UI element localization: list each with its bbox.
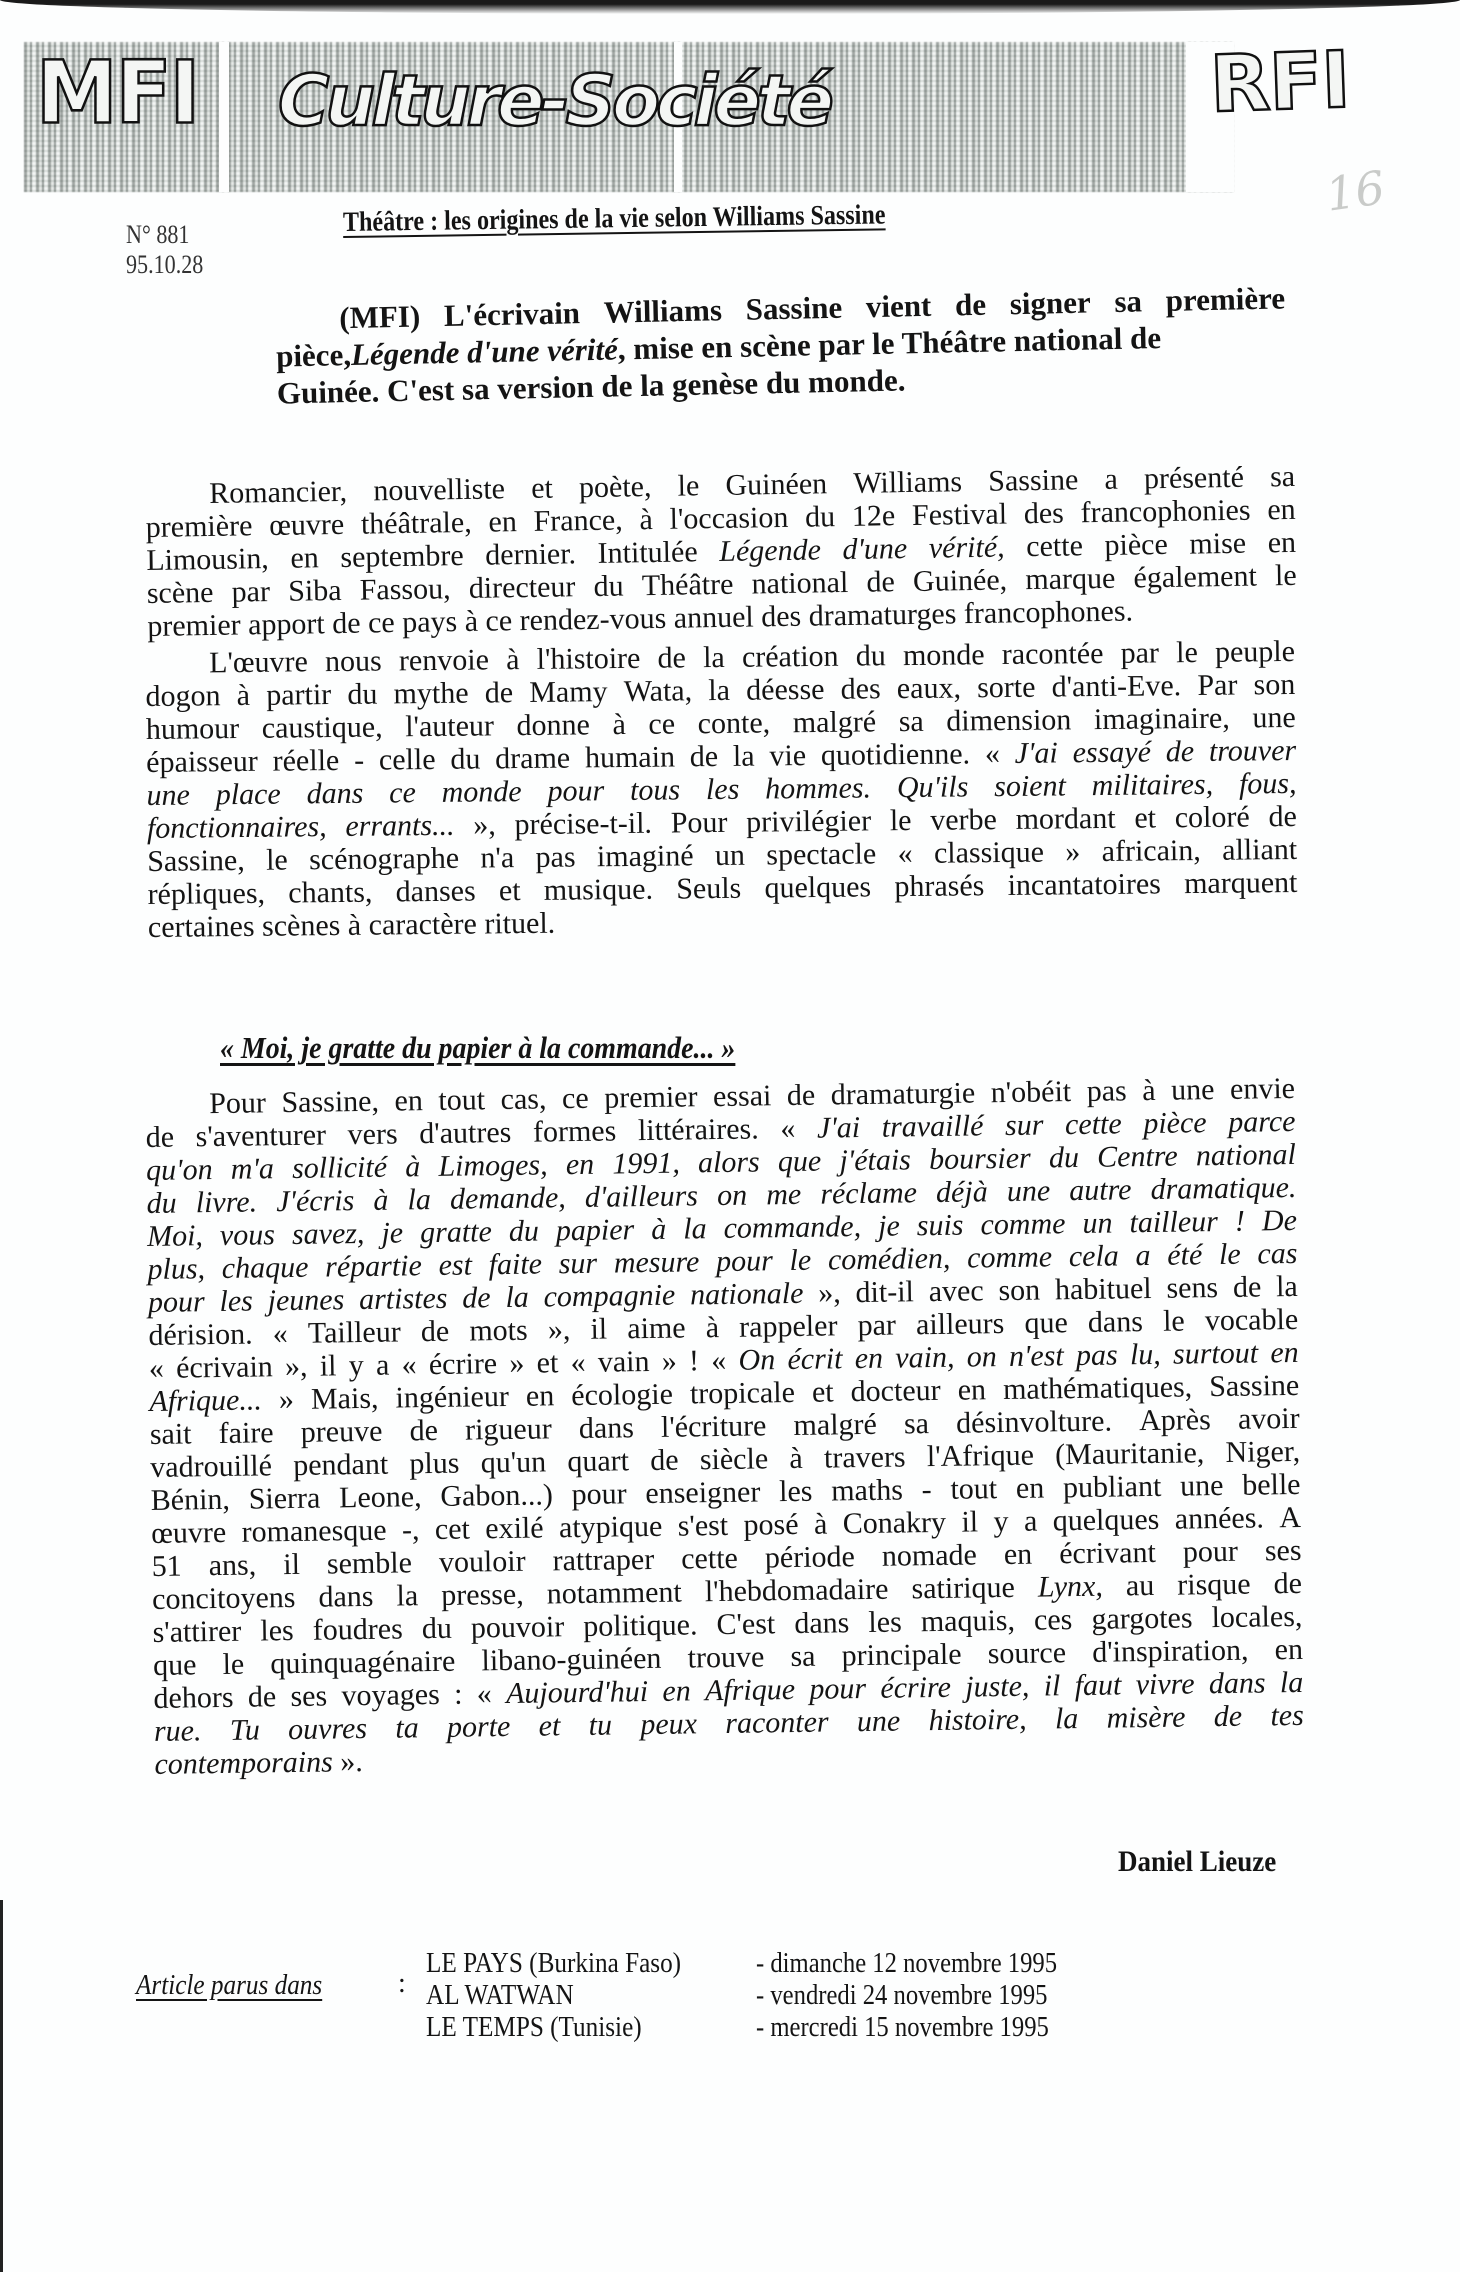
word: son — [998, 1274, 1040, 1308]
word: qu'on — [146, 1153, 213, 1187]
word: raconter — [725, 1706, 829, 1740]
word: les — [868, 1605, 902, 1638]
word: à — [814, 1508, 828, 1541]
word: en — [1004, 1538, 1033, 1571]
word: locales, — [1211, 1600, 1302, 1634]
masthead-gap — [219, 42, 229, 192]
word: Théâtre — [642, 568, 734, 602]
word: national — [1196, 1138, 1296, 1172]
word: à — [464, 605, 485, 638]
word: ouvres — [288, 1712, 367, 1746]
word: francophonies — [1080, 494, 1250, 530]
word: le — [789, 1244, 811, 1277]
word: en — [957, 1373, 986, 1406]
word: n'obéit — [991, 1075, 1072, 1109]
word: a — [1104, 463, 1118, 496]
word: artistes — [359, 1282, 448, 1316]
word: caractère — [368, 907, 484, 941]
word: les — [779, 1475, 813, 1508]
word: boursier — [929, 1142, 1031, 1176]
word: du — [347, 678, 377, 711]
dispatch-reference: N° 881 95.10.28 — [126, 220, 203, 280]
word: mythe — [393, 677, 468, 711]
word: ailleurs — [916, 1307, 1005, 1341]
word: 1991, — [612, 1147, 680, 1181]
word: et — [812, 1375, 834, 1408]
word: comédien, — [828, 1242, 951, 1277]
word: années. — [1175, 1501, 1265, 1535]
word: des — [1024, 497, 1065, 531]
word: écrire — [880, 1671, 951, 1705]
word: pour — [547, 774, 604, 808]
word: gargotes — [1091, 1601, 1193, 1635]
word: autre — [1069, 1173, 1132, 1207]
word: tropicale — [690, 1376, 795, 1410]
word: y — [993, 1505, 1008, 1538]
word: Sassine, — [281, 1085, 379, 1119]
word: de — [1214, 1700, 1243, 1733]
word: Tu — [230, 1713, 260, 1746]
word: du — [856, 639, 886, 672]
word: A — [1279, 1501, 1301, 1534]
word: réclame — [820, 1176, 917, 1210]
word: Williams — [853, 465, 962, 500]
word: ce — [389, 776, 416, 809]
word: mots — [469, 1314, 528, 1348]
word: malgré — [793, 1408, 877, 1442]
word: je — [381, 1216, 403, 1249]
word: 51 — [151, 1550, 181, 1583]
word: J'écris — [276, 1184, 355, 1218]
word: par — [857, 1309, 896, 1343]
word: s'est — [678, 1509, 729, 1543]
word: tous — [630, 773, 680, 807]
word: - — [354, 744, 364, 777]
word: scène — [147, 576, 214, 610]
word: Guinée, — [913, 563, 1008, 597]
publication-row: LE TEMPS (Tunisie)- mercredi 15 novembre… — [426, 2012, 1089, 2044]
word: à — [348, 909, 369, 942]
word: comme — [967, 1240, 1052, 1274]
word: et — [499, 874, 521, 907]
word: Pour — [671, 806, 728, 840]
word: ! — [689, 1344, 699, 1377]
word: l'écriture — [661, 1409, 767, 1443]
word: essayé — [1072, 735, 1151, 769]
word: et — [536, 1346, 558, 1379]
word: cette — [681, 1542, 738, 1576]
word: papier — [556, 1213, 635, 1247]
word: à — [651, 1213, 666, 1246]
word: à — [705, 1311, 719, 1344]
word: une — [1171, 1073, 1215, 1107]
word: s'aventurer — [195, 1118, 326, 1153]
word: dehors — [153, 1681, 233, 1715]
word: la — [1280, 1666, 1304, 1699]
word: de — [657, 641, 686, 674]
paragraph-2: L'œuvrenousrenvoieàl'histoiredelacréatio… — [145, 635, 1298, 944]
word: chaque — [222, 1251, 309, 1285]
word: quelques — [1052, 1503, 1159, 1537]
word: écologie — [571, 1378, 673, 1412]
word: la — [1276, 1270, 1298, 1303]
word: vain — [598, 1345, 650, 1379]
word: vous — [220, 1218, 275, 1252]
word: eaux, — [897, 671, 961, 705]
word: l'auteur — [405, 709, 494, 743]
word: imaginé — [597, 839, 694, 873]
word: n'est — [1009, 1339, 1064, 1373]
word: dans — [306, 777, 363, 811]
word: travers — [824, 1440, 906, 1474]
word: l'hebdomadaire — [705, 1573, 889, 1609]
word: Gabon...) — [440, 1478, 553, 1513]
word: ce — [562, 1082, 589, 1115]
word: sens — [1166, 1271, 1218, 1305]
word: maths — [831, 1473, 903, 1507]
word: période — [765, 1540, 855, 1574]
word: ! — [1235, 1205, 1245, 1238]
word: en — [1267, 493, 1296, 526]
publication-row: AL WATWAN- vendredi 24 novembre 1995 — [426, 1980, 1087, 2012]
word: de — [955, 286, 987, 324]
word: s'attirer — [152, 1615, 241, 1649]
word: son — [1253, 668, 1295, 701]
word: en — [566, 1148, 595, 1181]
word: vient — [865, 287, 931, 325]
word: libano-guinéen — [481, 1642, 661, 1678]
word: national — [751, 566, 848, 601]
word: soient — [994, 769, 1066, 803]
word: vérité, — [929, 531, 1005, 565]
word: docteur — [850, 1374, 940, 1408]
word: verbe — [930, 803, 997, 837]
word: africain, — [1102, 834, 1201, 868]
word: » — [279, 1383, 294, 1416]
word: « — [985, 737, 1000, 770]
word: annuel — [673, 600, 761, 634]
word: écrivant — [1059, 1536, 1156, 1570]
word: atypique — [559, 1510, 663, 1544]
word: publiant — [1063, 1470, 1162, 1504]
word: formes — [533, 1114, 617, 1148]
word: Sassine — [988, 463, 1079, 497]
word: mathématiques, — [1003, 1370, 1193, 1406]
word: écrivain — [176, 1350, 273, 1384]
word: « — [780, 1112, 795, 1145]
word: Williams — [603, 291, 722, 330]
word: cas — [1257, 1237, 1297, 1271]
word: répartie — [325, 1249, 422, 1283]
word: gratte — [420, 1215, 492, 1249]
word: voyages — [341, 1678, 440, 1712]
word: de — [1166, 735, 1195, 768]
word: marquent — [1184, 866, 1298, 900]
publication-date: - vendredi 24 novembre 1995 — [756, 1980, 1048, 2012]
word: vie — [769, 739, 806, 772]
word: en — [1270, 1336, 1299, 1369]
word: pour — [571, 1477, 626, 1511]
word: épaisseur — [146, 745, 258, 779]
word: Seuls — [676, 872, 741, 906]
dispatch-date: 95.10.28 — [126, 250, 203, 280]
word: le — [1219, 1238, 1241, 1271]
word: histoire, — [928, 1703, 1027, 1737]
word: nomade — [882, 1538, 977, 1572]
rfi-logo: RFI — [1208, 36, 1350, 131]
word: dernier. — [485, 537, 576, 571]
word: donne — [516, 708, 590, 742]
word: du — [1049, 1141, 1079, 1174]
word: des — [761, 600, 809, 634]
word: une — [146, 779, 190, 812]
word: me — [766, 1178, 801, 1211]
word: chants, — [288, 876, 372, 910]
word: et — [538, 1709, 560, 1742]
word: dimension — [946, 703, 1071, 737]
word: mordant — [1015, 802, 1115, 836]
word: ». — [340, 1745, 363, 1778]
word: du — [509, 1215, 539, 1248]
word: l'occasion — [669, 501, 788, 536]
word: le — [222, 1648, 244, 1681]
word: du — [146, 1187, 176, 1220]
word: de — [1273, 1567, 1302, 1600]
word: coloré — [1175, 800, 1250, 834]
word: Par — [1197, 669, 1237, 702]
word: la — [708, 674, 730, 707]
word: faut — [1074, 1668, 1121, 1702]
word: demande, — [450, 1181, 566, 1216]
word: certaines — [148, 910, 262, 944]
word: en — [662, 1674, 691, 1707]
word: d'ailleurs — [585, 1179, 699, 1214]
word: vain, — [895, 1341, 955, 1375]
word: Niger, — [1225, 1435, 1300, 1469]
word: en — [394, 1084, 423, 1117]
word: dans — [794, 1606, 849, 1640]
word: On — [738, 1343, 775, 1377]
word: cet — [435, 1513, 470, 1546]
word: porte — [447, 1710, 511, 1744]
word: la — [407, 1183, 431, 1216]
word: il — [283, 1548, 300, 1581]
word: errants... — [345, 809, 455, 843]
word: premier — [147, 608, 248, 643]
word: » — [509, 1347, 524, 1380]
word: C'est — [716, 1607, 775, 1641]
word: Centre — [1097, 1140, 1178, 1174]
word: Mamy — [529, 675, 608, 709]
word: - — [921, 1473, 931, 1506]
publication-row: LE PAYS (Burkina Faso)- dimanche 12 nove… — [426, 1948, 1098, 1980]
word: de — [145, 1121, 174, 1154]
word: sa — [1270, 460, 1296, 493]
word: aime — [627, 1311, 686, 1345]
word: Tailleur — [308, 1315, 401, 1349]
word: vadrouillé — [150, 1449, 272, 1484]
word: les — [219, 1285, 253, 1318]
word: ans, — [208, 1548, 256, 1582]
word: marque — [1025, 562, 1115, 596]
word: l'histoire — [536, 642, 640, 676]
word: tu — [588, 1709, 612, 1742]
word: de — [690, 740, 719, 773]
word: dramaturges — [808, 597, 964, 632]
word: poète, — [579, 470, 652, 504]
word: suis — [917, 1209, 964, 1243]
word: un — [715, 839, 745, 872]
word: surtout — [1173, 1336, 1258, 1370]
word: sorte — [977, 671, 1036, 705]
word: concitoyens — [152, 1581, 296, 1616]
word: » — [662, 1345, 677, 1378]
word: sollicité — [292, 1151, 387, 1185]
word: satirique — [911, 1571, 1015, 1605]
word: la — [703, 641, 725, 674]
word: la — [396, 1579, 418, 1612]
word: première — [146, 509, 253, 544]
word: œuvre — [269, 508, 344, 542]
word: preuve — [301, 1415, 383, 1449]
word: Sassine — [1209, 1369, 1299, 1403]
word: en — [854, 1342, 883, 1375]
word: le — [677, 469, 699, 502]
word: que — [1024, 1306, 1068, 1340]
word: musique. — [544, 873, 654, 907]
word: avec — [928, 1274, 983, 1308]
word: comme — [980, 1207, 1065, 1241]
word: », — [548, 1313, 571, 1346]
word: de — [1233, 1270, 1262, 1303]
word: ce — [368, 606, 403, 640]
word: misère — [1106, 1701, 1185, 1735]
word: Qu'ils — [897, 770, 969, 804]
text-run: pièce, — [276, 336, 352, 375]
mfi-logo: MFI — [36, 44, 198, 144]
word: l'Afrique — [927, 1439, 1034, 1473]
word: (MFI) — [339, 298, 421, 337]
word: littéraires. — [638, 1112, 759, 1147]
word: dans — [579, 1411, 634, 1445]
word: « — [711, 1344, 726, 1377]
word: » — [1065, 835, 1080, 868]
word: cas, — [500, 1082, 546, 1116]
word: sa — [790, 1640, 815, 1673]
word: parce — [1228, 1105, 1296, 1139]
word: œuvre — [151, 1516, 226, 1550]
word: de — [409, 1414, 438, 1447]
word: que — [778, 1145, 822, 1179]
word: répliques, — [147, 877, 265, 911]
word: le — [1275, 559, 1297, 592]
word: nationale — [690, 1277, 804, 1312]
word: fous, — [1239, 767, 1297, 801]
word: trouver — [1209, 734, 1297, 768]
word: de — [787, 1079, 816, 1112]
word: vivre — [1135, 1667, 1194, 1701]
word: le — [1163, 1305, 1185, 1338]
word: pièce — [1143, 1106, 1207, 1140]
word: sa — [1114, 282, 1142, 320]
word: travaillé — [882, 1109, 984, 1143]
word: on — [966, 1340, 996, 1373]
word: ses — [290, 1680, 327, 1714]
word: « — [897, 837, 912, 870]
word: septembre — [340, 539, 464, 574]
paragraph-3: PourSassine,entoutcas,cepremieressaidedr… — [145, 1072, 1305, 1781]
word: France, — [533, 504, 623, 538]
word: tout — [438, 1083, 485, 1117]
word: Sierra — [248, 1482, 320, 1516]
word: ses — [1265, 1534, 1302, 1568]
word: L'écrivain — [444, 294, 581, 334]
word: nouvelliste — [373, 472, 505, 507]
word: Afrique — [705, 1673, 795, 1707]
word: privilégier — [746, 804, 871, 838]
word: de — [332, 607, 368, 641]
word: est — [438, 1248, 472, 1281]
word: création — [742, 640, 839, 674]
word: m'a — [231, 1152, 275, 1186]
scan-top-shadow — [0, 0, 1460, 14]
word: il — [590, 1313, 607, 1346]
handwritten-page-number: 16 — [1323, 160, 1388, 222]
word: commande, — [723, 1210, 861, 1245]
word: pièce — [1104, 528, 1168, 562]
word: et — [531, 472, 553, 505]
word: classique — [934, 836, 1044, 870]
word: déjà — [936, 1175, 988, 1209]
section-logo-culture-societe: Culture-Société — [278, 60, 830, 142]
word: par — [1120, 636, 1159, 669]
word: siècle — [700, 1442, 769, 1476]
word: dans — [1088, 1305, 1143, 1339]
publication-name: LE PAYS (Burkina Faso) — [426, 1948, 723, 1980]
publication-name: LE TEMPS (Tunisie) — [426, 2012, 723, 2044]
word: une — [1007, 1174, 1051, 1208]
word: J'ai — [1015, 736, 1058, 769]
publication-name: AL WATWAN — [426, 1980, 723, 2012]
word: politique. — [583, 1608, 698, 1643]
word: ta — [395, 1711, 419, 1744]
word: tailleur — [1129, 1205, 1218, 1239]
word: scènes — [262, 909, 348, 943]
word: de — [485, 676, 514, 709]
word: imaginaire, — [1094, 702, 1230, 736]
word: humour — [146, 712, 240, 746]
word: de — [248, 1680, 277, 1713]
word: « — [149, 1352, 164, 1385]
word: rigueur — [465, 1412, 552, 1446]
word: j'étais — [839, 1143, 911, 1177]
word: : — [454, 1678, 463, 1711]
word: en — [1267, 526, 1296, 559]
word: « — [570, 1346, 585, 1379]
word: rendez-vous — [519, 602, 674, 637]
word: Lynx, — [1038, 1570, 1103, 1604]
word: ingénieur — [395, 1380, 509, 1415]
word: sait — [150, 1417, 192, 1451]
word: il — [961, 1505, 978, 1538]
word: (Mauritanie, — [1055, 1436, 1205, 1471]
word: dans — [1209, 1666, 1266, 1700]
word: peuple — [1215, 635, 1295, 669]
word: de — [650, 1444, 679, 1477]
word: », — [285, 1350, 308, 1383]
word: à — [639, 503, 653, 536]
word: le — [890, 804, 912, 837]
